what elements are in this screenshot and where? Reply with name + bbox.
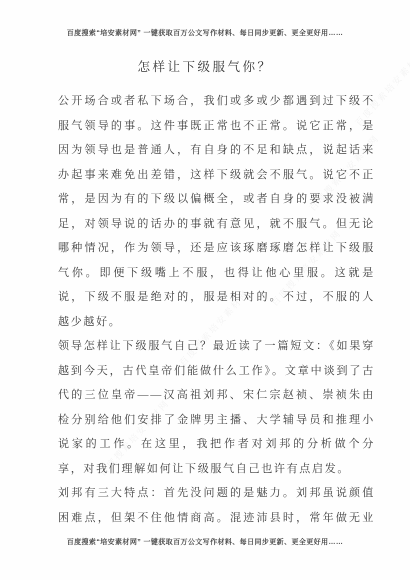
header-promo-text: 百度搜索“培安素材网” 一键获取百万公文写作材料、每日同步更新、更全更好用…… — [0, 28, 410, 38]
document-body: 公开场合或者私下场合，我们或多或少都遇到过下级不服气领导的事。这件事既正常也不正… — [58, 89, 375, 525]
document-page: 百度搜索“培安素材网” 一键获取百万公文写作材料、每日同步更新、更全更好用…… … — [0, 0, 410, 580]
paragraph: 公开场合或者私下场合，我们或多或少都遇到过下级不服气领导的事。这件事既正常也不正… — [58, 89, 375, 334]
paragraph: 领导怎样让下级服气自己？最近读了一篇短文：《如果穿越到今天，古代皇帝们能做什么工… — [58, 334, 375, 481]
paragraph: 刘邦有三大特点：首先没问题的是魅力。刘邦虽说颜值困难点，但架不住他情商高。混迹沛… — [58, 481, 375, 525]
document-title: 怎样让下级服气你？ — [0, 57, 410, 75]
footer-promo-text: 百度搜索“培安素材网” 一键获取百万公文写作材料、每日同步更新、更全更好用…… — [0, 537, 410, 547]
